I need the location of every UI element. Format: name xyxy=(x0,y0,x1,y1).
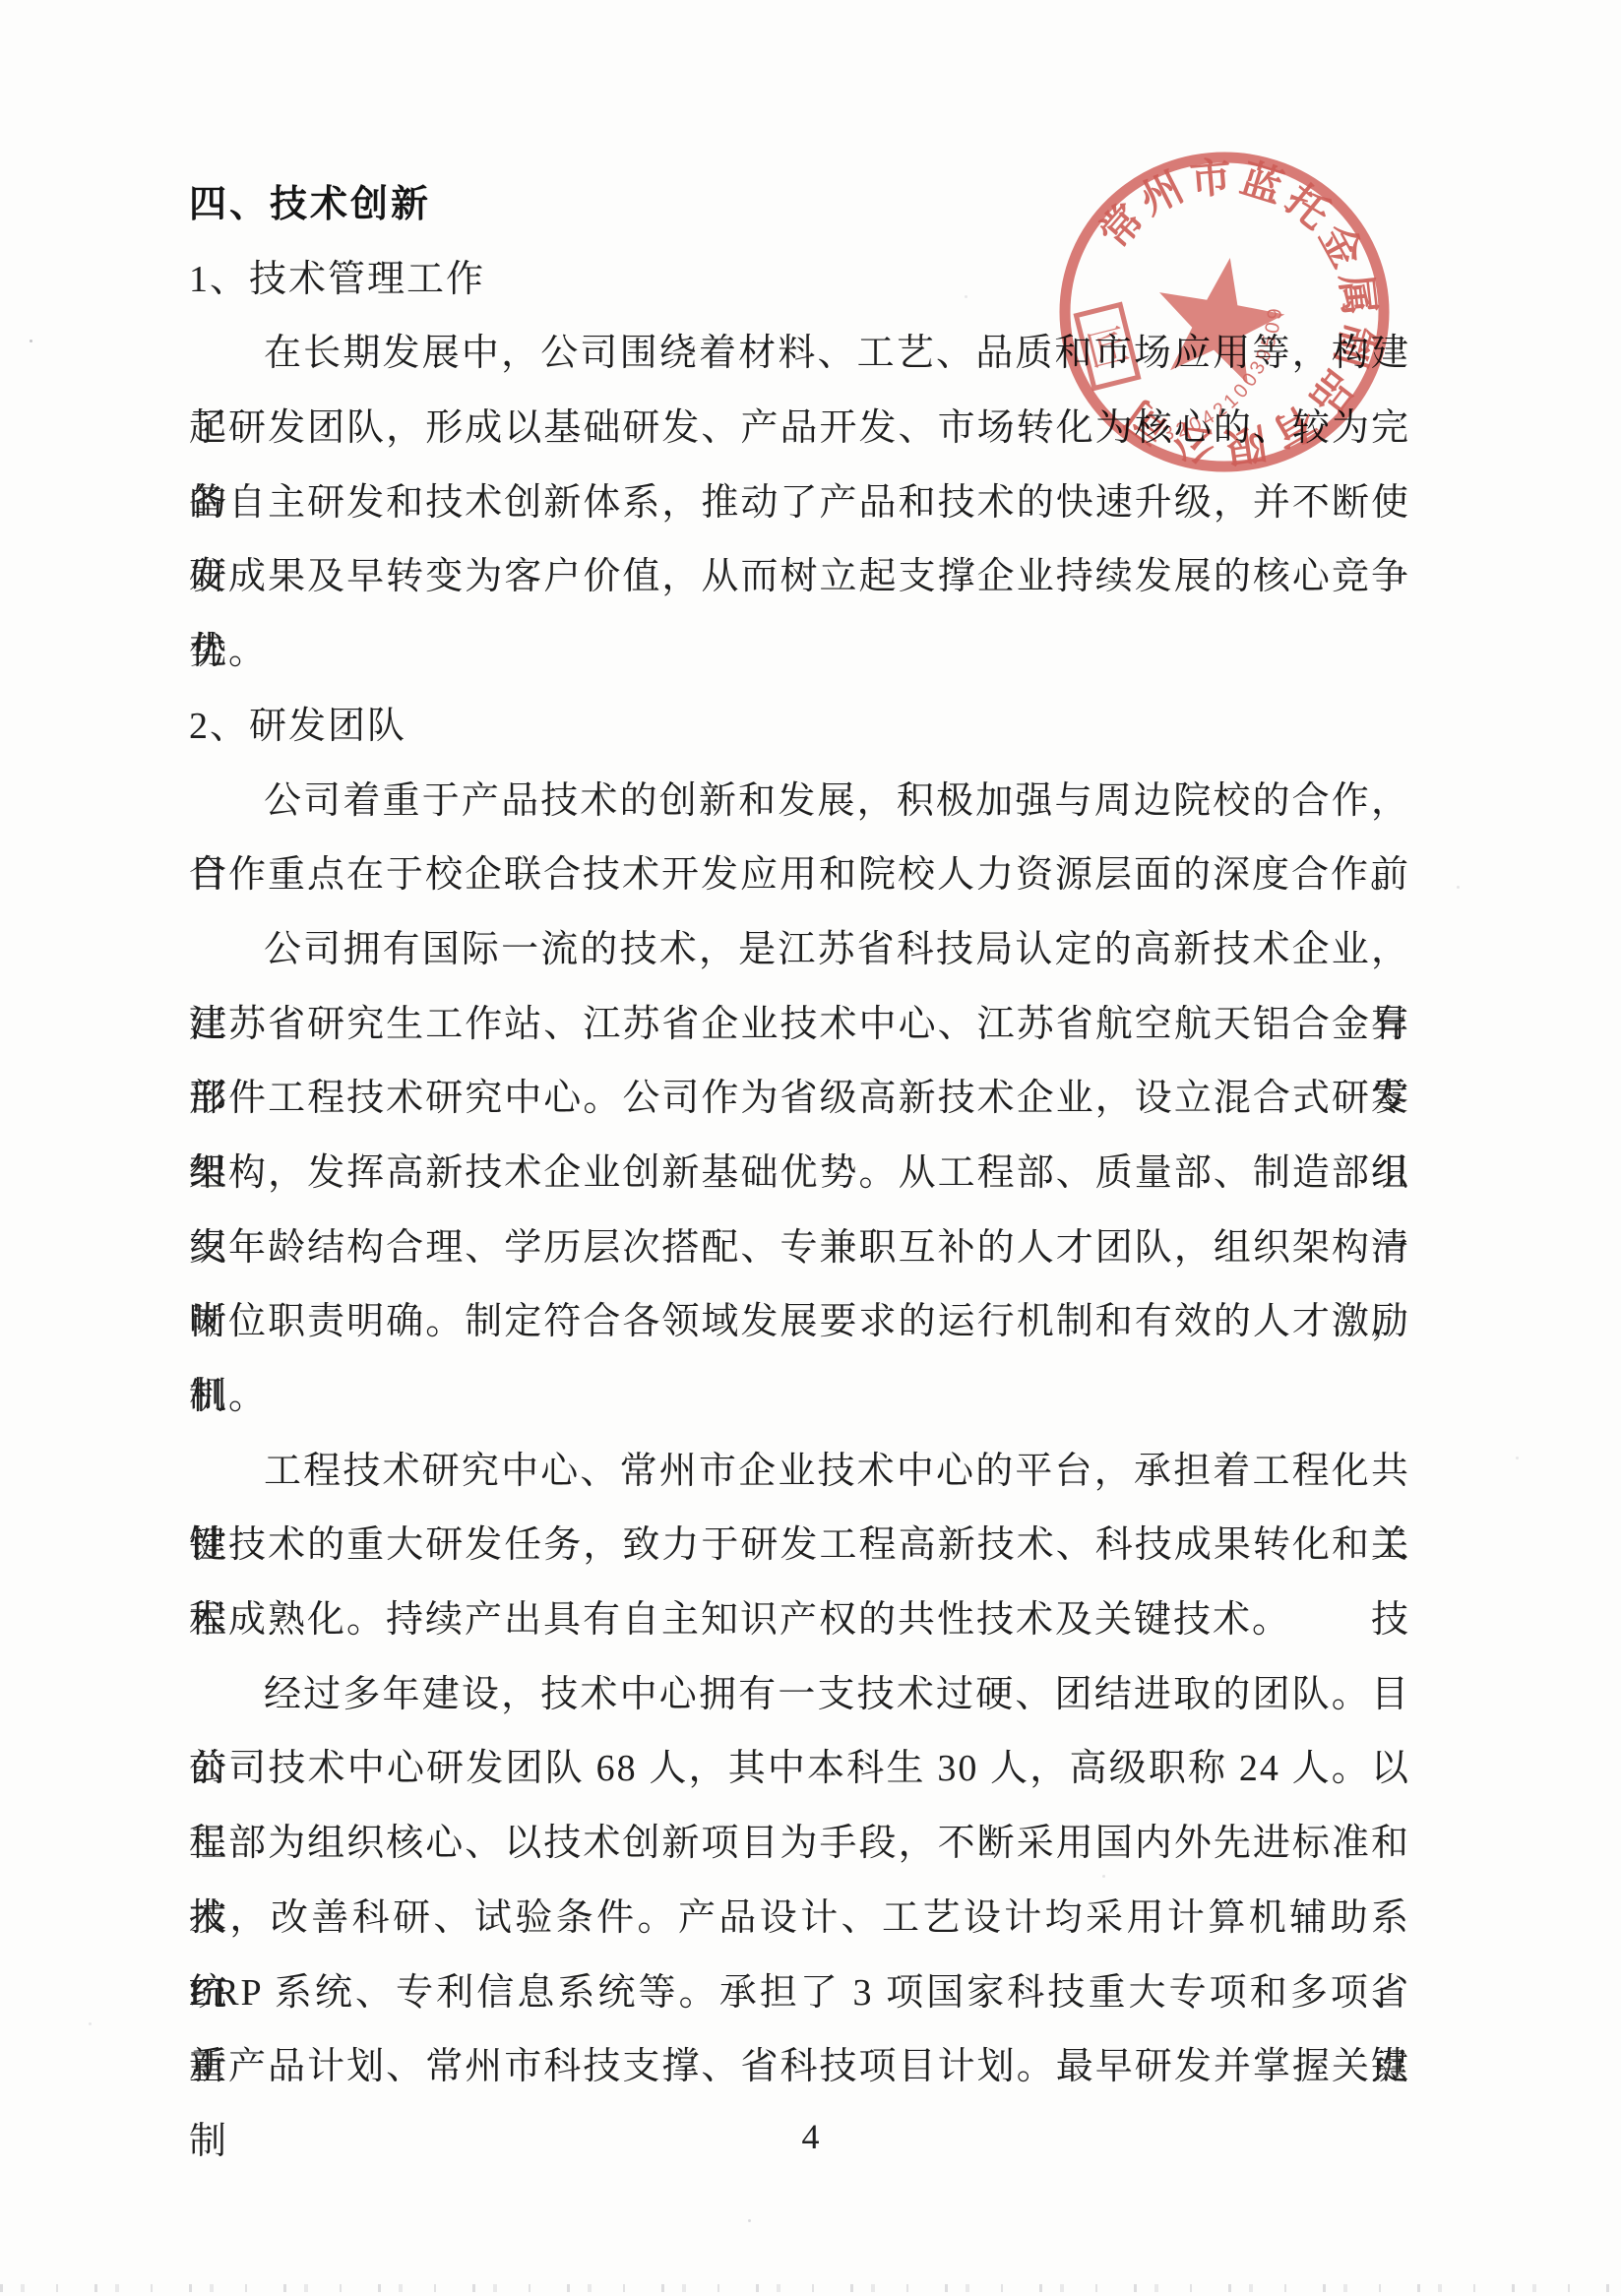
section-heading: 四、技术创新 xyxy=(189,168,1410,243)
text-line: 2、研发团队 xyxy=(189,690,1410,765)
text-line: 势。 xyxy=(189,615,1410,690)
text-line: ERP 系统、专利信息系统等。承担了 3 项国家科技重大专项和多项省重点 xyxy=(189,1956,1410,2031)
text-line: 岗位职责明确。制定符合各领域发展要求的运行机制和有效的人才激励机 xyxy=(189,1285,1410,1360)
scanner-noise xyxy=(0,0,3,3)
text-line: 程部为组织核心、以技术创新项目为手段，不断采用国内外先进标准和技 xyxy=(189,1807,1410,1882)
text-line: 架构，发挥高新技术企业创新基础优势。从工程部、质量部、制造部组织一 xyxy=(189,1137,1410,1211)
text-line: 公司着重于产品技术的创新和发展，积极加强与周边院校的合作，目前 xyxy=(189,765,1410,839)
text-line: 在长期发展中，公司围绕着材料、工艺、品质和市场应用等，构建起 xyxy=(189,317,1410,392)
text-line: 新产品计划、常州市科技支撑、省科技项目计划。最早研发并掌握关键制 xyxy=(189,2030,1410,2105)
text-line: 发成果及早转变为客户价值，从而树立起支撑企业持续发展的核心竞争优 xyxy=(189,540,1410,615)
text-line: 术，改善科研、试验条件。产品设计、工艺设计均采用计算机辅助系统、 xyxy=(189,1882,1410,1956)
text-line: 经过多年建设，技术中心拥有一支技术过硬、团结进取的团队。目前 xyxy=(189,1658,1410,1733)
text-line: 江苏省研究生工作站、江苏省企业技术中心、江苏省航空航天铝合金异形零 xyxy=(189,988,1410,1063)
text-line: 合作重点在于校企联合技术开发应用和院校人力资源层面的深度合作。 xyxy=(189,838,1410,913)
scanner-edge-noise xyxy=(0,2284,1621,2292)
text-line: 部件工程技术研究中心。公司作为省级高新技术企业，设立混合式研发组织 xyxy=(189,1062,1410,1137)
text-line: 键技术的重大研发任务，致力于研发工程高新技术、科技成果转化和工程技 xyxy=(189,1509,1410,1583)
text-line: 的自主研发和技术创新体系，推动了产品和技术的快速升级，并不断使研 xyxy=(189,466,1410,541)
text-line: 工程技术研究中心、常州市企业技术中心的平台，承担着工程化共性关 xyxy=(189,1435,1410,1510)
text-block: 四、技术创新1、技术管理工作在长期发展中，公司围绕着材料、工艺、品质和市场应用等… xyxy=(189,168,1410,2105)
text-line: 了研发团队，形成以基础研发、产品开发、市场转化为核心的、较为完备 xyxy=(189,392,1410,466)
text-line: 1、技术管理工作 xyxy=(189,243,1410,318)
text-line: 支年龄结构合理、学历层次搭配、专兼职互补的人才团队，组织架构清晰， xyxy=(189,1211,1410,1286)
text-line: 制。 xyxy=(189,1360,1410,1435)
document-page: 四、技术创新1、技术管理工作在长期发展中，公司围绕着材料、工艺、品质和市场应用等… xyxy=(0,0,1621,2296)
text-line: 公司技术中心研发团队 68 人，其中本科生 30 人，高级职称 24 人。以工 xyxy=(189,1732,1410,1807)
text-line: 公司拥有国际一流的技术，是江苏省科技局认定的高新技术企业，建有 xyxy=(189,913,1410,988)
page-number: 4 xyxy=(0,2116,1621,2157)
text-line: 术成熟化。持续产出具有自主知识产权的共性技术及关键技术。 xyxy=(189,1583,1410,1658)
